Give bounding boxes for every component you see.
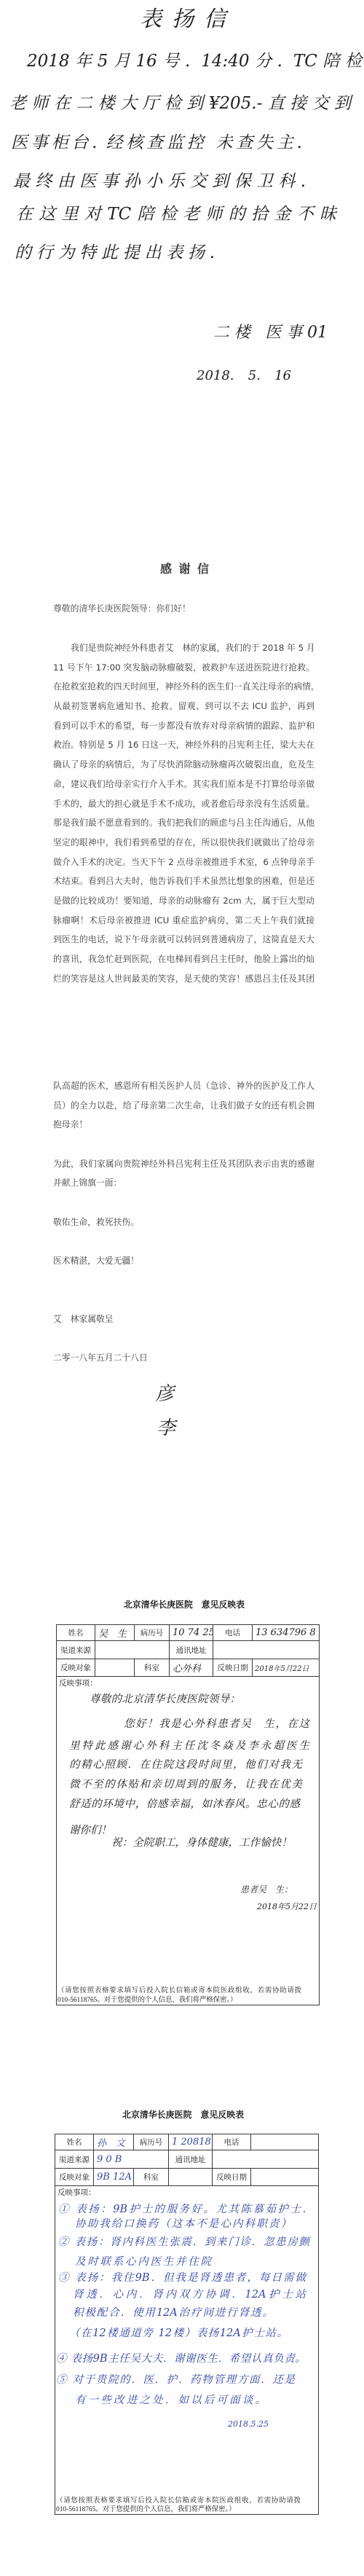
department-label: 科室 [135,1659,170,1677]
feedback-form: 北京清华长庚医院 意见反映表 姓名 吴 生 病历号 10 74 25 电话 13… [0,1589,364,2026]
form-row: 姓名 孙 文 病历号 1 20818 电话 [55,2134,319,2150]
department-value: 心外科 [170,1659,213,1677]
letter-body-line: 抱母亲！ [53,1119,87,1130]
content-signature: 患者吴 生： [240,1884,293,1895]
form-footer-note: 010-56118765。对于您提供的个人信息，我们将严格保密。） [56,2505,236,2514]
record-no-label: 病历号 [134,2134,169,2150]
address-label: 通讯地址 [169,2150,213,2169]
letter-body-line: 11 号下午 17:00 突发脑动脉瘤破裂，被救护车送进医院进行抢救。 [53,662,314,673]
form-footer-note: （请您按照表格要求填写后投入院长信箱或寄本院医政组收，若需协助请拨 [56,2497,301,2505]
phone-label: 电话 [213,2134,251,2150]
banner-slogan-line: 医术精湛，大爱无疆！ [53,1255,139,1267]
date-value: 2018年5月22日 [253,1659,320,1677]
content-line: 及时联系心内医生并住院 [75,2256,211,2268]
form-row [55,2186,319,2515]
record-no-label: 病历号 [135,1625,170,1641]
form-footer-note: 010-56118765。对于您提供的个人信息，我们将严格保密。） [58,1996,237,2005]
record-no-value: 1 20818 [169,2134,213,2150]
content-line: ③ 表扬：我住9B．但我是肾透患者，每日需做 [58,2272,306,2285]
letter-body-line: 脉瘤啊！术后母亲被推进 ICU 重症监护病房，第二天上午我们就接 [53,915,314,926]
target-value [95,1659,135,1677]
content-cell [55,2186,319,2515]
record-no-value: 10 74 25 [170,1625,213,1641]
letter-body-line: 是做的比较成功！要知道，母亲的动脉瘤有 2cm 大，属于巨大型动 [53,895,314,907]
date-label: 反映日期 [213,1659,253,1677]
letter-body-line: 在抢救室抢救的四天时间里，神经外科的医生们一直关注母亲的病情， [53,681,314,692]
content-line: ① 表扬：9B护士的服务好。尤其陈慕茹护士． [58,2204,313,2216]
phone-value: 13 634796 8 [253,1625,320,1641]
content-line: 舒适的环境中，倍感幸福，如沐春风。忠心的感 [69,1798,300,1811]
content-line: ⑤ 对于贵院的．医．护．药物管理方面．还是 [56,2374,295,2387]
channel-value: 9 0 B [94,2150,169,2169]
content-line: 肾透．心内．肾内双方协调．12A护士站 [73,2289,306,2301]
letter-closing-line: 为此，我们家属向贵院神经外科吕宪利主任及其团队表示由衷的感谢 [53,1158,314,1170]
content-line: 谢你们！ [69,1825,111,1837]
letter-body-line: 做介入手术的决定。当天下午 2 点母亲被推进手术室，6 点钟母亲手 [53,856,314,868]
form-row: 反映对象 科室 心外科 反映日期 2018年5月22日 [57,1659,320,1677]
form-title: 北京清华长庚医院 意见反映表 [124,1599,245,1610]
content-date: 2018.5.25 [228,2419,269,2429]
department-value [169,2169,213,2186]
target-value: 9B 12A [94,2169,134,2186]
thank-you-letter-greeting: 尊敬的清华长庚医院领导：你们好！ [53,603,191,614]
name-value: 吴 生 [95,1625,135,1641]
letter-body-line: 手术的，最大的担心就是手术不成功，或者愈后母亲没有生活质量。 [53,798,314,810]
channel-label: 渠道来源 [55,2150,94,2169]
content-line: ② 表扬：肾内科医生张震．到来门诊．忽患房颤 [58,2236,309,2249]
content-line: 有一些改进之处．如以后可面谈。 [75,2395,266,2407]
channel-label: 渠道来源 [57,1641,95,1659]
content-line: 里特此感谢心外科主任沈冬焱及李永超医生 [69,1740,309,1753]
letter-body-line: 队高超的医术，感恩所有相关医护人员（急诊、神外的医护及工作人 [53,1080,314,1092]
content-line: 的精心照顾．在住院这段时间里，他们对我无 [69,1759,302,1772]
letter-body-line: 我们是贵院神经外科患者艾 林的家属，我们的于 2018 年 5 月 [71,642,314,654]
thank-you-letter-title: 感 谢 信 [160,562,209,576]
name-label: 姓名 [55,2134,94,2150]
address-value [213,2150,319,2169]
letter-body-line: 坚定的眼神中，我们看到希望的存在，所以很快我们就做出了给母亲 [53,837,314,848]
letter-body-line: 那是我们最不愿意看到的。我们把我们的顾虑与吕主任沟通后，从他 [53,817,314,829]
form-row: 渠道来源 通讯地址 [57,1641,320,1659]
handwritten-signature: 彦 [155,1382,174,1406]
target-label: 反映对象 [57,1659,95,1677]
content-line: 微不至的体贴和亲切周到的服务，让我在优美 [69,1779,302,1791]
content-line: ④ 表扬9B主任吴大夫．谢谢医生．希望认真负责。 [56,2353,306,2365]
date-label: 反映日期 [213,2169,251,2186]
address-value [213,1641,320,1659]
content-line: 尊敬的北京清华长庚医院领导： [90,1694,240,1706]
letter-body-line: 员）的全力以赴，给了母亲第二次生命，让我们做子女的还有机会拥 [53,1100,314,1111]
letter-closing-line: 并献上锦旗一面： [53,1177,122,1189]
handwritten-signature: 李 [157,1417,175,1440]
letter-body-line: 确认了母亲的病情后，为了尽快消除脑动脉瘤再次破裂出血，危及生 [53,759,314,770]
letter-body-line: 术结束。看到吕大夫时，他告诉我们手术虽然比想象的困难，但是还 [53,875,314,887]
form-row: 渠道来源 9 0 B 通讯地址 [55,2150,319,2169]
form-row: 姓名 吴 生 病历号 10 74 25 电话 13 634796 8 [57,1625,320,1641]
letter-body-line: 从最初签署病危通知书、抢救、留观、到可以不去 ICU 监护，再到 [53,700,314,712]
content-line: 您好！我是心外科患者吴 生，在这 [124,1718,309,1731]
content-line: （在12楼通道旁 12楼）表扬12A护士站。 [69,2328,288,2340]
address-label: 通讯地址 [170,1641,213,1659]
date-value [251,2169,319,2186]
letter-body-line: 到医生的电话，说下午母亲就可以转回到普通病房了，这简直是天大 [53,933,314,945]
feedback-form: 北京清华长庚医院 意见反映表 姓名 孙 文 病历号 1 20818 电话 渠道来… [0,2099,364,2536]
letter-date: 二零一八年五月二十八日 [53,1352,148,1363]
letter-body-line: 的喜讯，我急忙赶到医院，在电梯间看到吕主任时，他脸上露出的灿 [53,953,314,965]
letter-body-line: 救治。特别是 5 月 16 日这一天，神经外科的吕宪利主任，梁大夫在 [53,739,314,751]
content-label: 反映事项： [58,2188,96,2198]
letter-body-line: 命，建议我们给母亲实行介入手术。其实我们原本是不打算给母亲做 [53,778,314,790]
department-label: 科室 [134,2169,169,2186]
document-page: 表扬信 2018年5月16号. 14:40分. TC陪检 老师在二楼大厅检到¥2… [0,0,364,2576]
content-line: 祝：全院职工，身体健康，工作愉快！ [111,1837,292,1849]
content-line: 积极配合．使用12A治疗间进行肾透。 [73,2307,273,2319]
letter-body-line: 烂的笑容是这人世间最美的笑容，是天使的笑容！感恩吕主任及其团 [53,973,314,984]
letter-sender: 艾 林家属敬呈 [53,1313,114,1325]
phone-label: 电话 [213,1625,253,1641]
content-line: 协助我给口换药（这本不是心内科职责） [75,2218,291,2231]
thank-you-letter: 感 谢 信 尊敬的清华长庚医院领导：你们好！ 我们是贵院神经外科患者艾 林的家属… [0,0,364,1559]
form-row: 反映对象 9B 12A 科室 反映日期 [55,2169,319,2186]
letter-body-line: 看到可以手术的希望，每一步都没有放弃对母亲病情的跟踪、监护和 [53,720,314,732]
content-label: 反映事项： [59,1678,98,1688]
name-value: 孙 文 [94,2134,134,2150]
name-label: 姓名 [57,1625,95,1641]
content-date: 2018年5月22日 [257,1902,317,1911]
phone-value [251,2134,319,2150]
form-title: 北京清华长庚医院 意见反映表 [122,2109,244,2121]
banner-slogan-line: 敬佑生命，救死扶伤。 [53,1216,139,1228]
form-footer-note: （请您按照表格要求填写后投入院长信箱或寄本院医政组收，若需协助请拨 [58,1986,301,1995]
target-label: 反映对象 [55,2169,94,2186]
channel-value [95,1641,170,1659]
